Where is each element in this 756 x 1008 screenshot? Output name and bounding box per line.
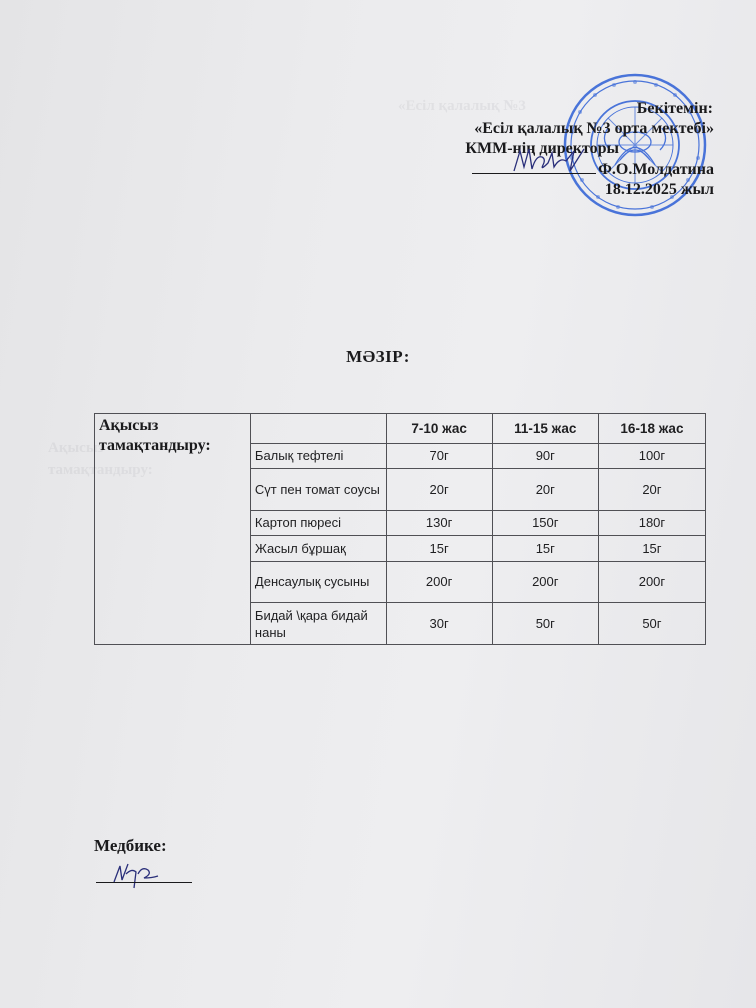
dish-name: Сүт пен томат соусы <box>250 468 386 510</box>
column-header: 11-15 жас <box>492 414 598 444</box>
nurse-signature-icon <box>110 860 170 890</box>
category-cell: Ақысыз тамақтандыру: <box>95 414 251 645</box>
portion-value: 15г <box>386 536 492 561</box>
portion-value: 200г <box>598 561 705 603</box>
menu-table: Ақысыз тамақтандыру: 7-10 жас 11-15 жас … <box>94 413 706 645</box>
portion-value: 20г <box>386 468 492 510</box>
portion-value: 200г <box>386 561 492 603</box>
portion-value: 200г <box>492 561 598 603</box>
dish-name: Балық тефтелі <box>250 443 386 468</box>
organization-name: «Есіл қалалық №3 орта мектебі» <box>465 119 714 139</box>
dish-name: Бидай \қара бидай наны <box>250 603 386 645</box>
director-name: Ф.О.Молдатина <box>598 161 714 178</box>
page-title: МӘЗІР: <box>0 347 756 367</box>
portion-value: 50г <box>492 603 598 645</box>
approval-block: Бекітемін: «Есіл қалалық №3 орта мектебі… <box>465 99 714 200</box>
portion-value: 100г <box>598 443 705 468</box>
nurse-label: Медбике: <box>94 836 167 856</box>
document-page: «Есіл қалалық №3 Ақысыз тамақтандыру: <box>0 0 756 1008</box>
portion-value: 20г <box>492 468 598 510</box>
signature-underline <box>472 159 596 174</box>
dish-name: Картоп пюресі <box>250 510 386 535</box>
approved-label: Бекітемін: <box>465 99 714 119</box>
nurse-signature-underline <box>96 882 192 883</box>
portion-value: 130г <box>386 510 492 535</box>
director-signature-icon <box>512 145 592 175</box>
portion-value: 70г <box>386 443 492 468</box>
dish-name: Денсаулық сусыны <box>250 561 386 603</box>
portion-value: 15г <box>492 536 598 561</box>
portion-value: 90г <box>492 443 598 468</box>
portion-value: 180г <box>598 510 705 535</box>
portion-value: 50г <box>598 603 705 645</box>
dish-name: Жасыл бұршақ <box>250 536 386 561</box>
approval-date: 18.12.2025 жыл <box>465 180 714 200</box>
director-signature-line: Ф.О.Молдатина <box>465 159 714 180</box>
portion-value: 20г <box>598 468 705 510</box>
column-header: 7-10 жас <box>386 414 492 444</box>
column-header <box>250 414 386 444</box>
column-header: 16-18 жас <box>598 414 705 444</box>
portion-value: 150г <box>492 510 598 535</box>
portion-value: 15г <box>598 536 705 561</box>
portion-value: 30г <box>386 603 492 645</box>
